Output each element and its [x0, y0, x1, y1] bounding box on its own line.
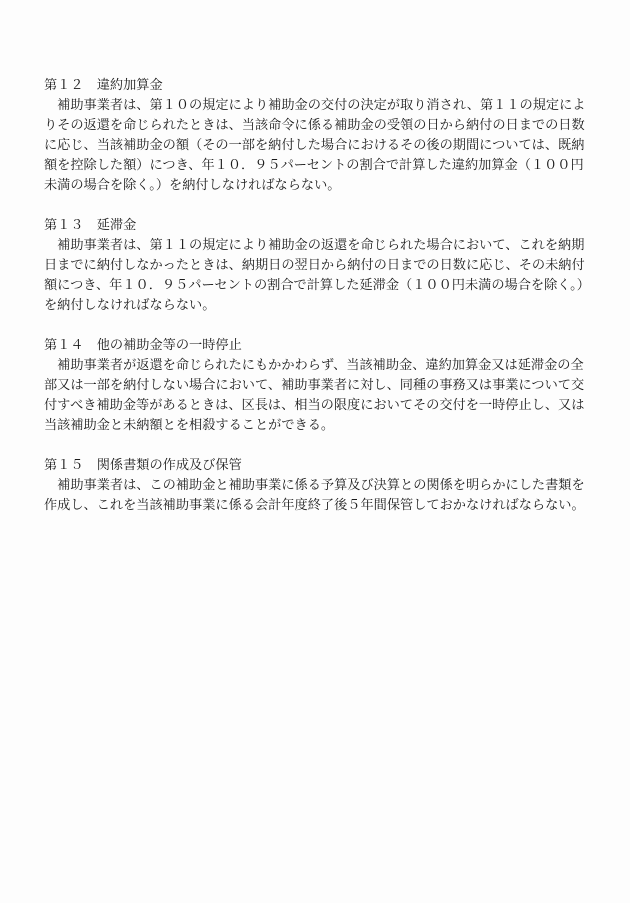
article-13-body-line: 日までに納付しなかったときは、納期日の翌日から納付の日までの日数に応じ、その未納… — [44, 255, 588, 275]
article-12-body-line: 補助事業者は、第１０の規定により補助金の交付の決定が取り消され、第１１の規定によ — [44, 95, 588, 115]
article-13-heading: 第１３ 延滞金 — [44, 215, 588, 235]
article-12-body-line: に応じ、当該補助金の額（その一部を納付した場合におけるその後の期間については、既… — [44, 135, 588, 155]
article-14-body-line: 部又は一部を納付しない場合において、補助事業者に対し、同種の事務又は事業について… — [44, 375, 588, 395]
section-article-12: 第１２ 違約加算金 補助事業者は、第１０の規定により補助金の交付の決定が取り消さ… — [44, 75, 588, 195]
article-12-body-line: りその返還を命じられたときは、当該命令に係る補助金の受領の日から納付の日までの日… — [44, 115, 588, 135]
article-13-body-line: 補助事業者は、第１１の規定により補助金の返還を命じられた場合において、これを納期 — [44, 235, 588, 255]
article-14-body-line: 当該補助金と未納額とを相殺することができる。 — [44, 415, 588, 435]
article-13-body-line: を納付しなければならない。 — [44, 295, 588, 315]
article-15-body-line: 補助事業者は、この補助金と補助事業に係る予算及び決算との関係を明らかにした書類を — [44, 475, 588, 495]
article-13-body-line: 額につき、年１０．９５パーセントの割合で計算した延滞金（１００円未満の場合を除く… — [44, 275, 588, 295]
article-14-body-line: 補助事業者が返還を命じられたにもかかわらず、当該補助金、違約加算金又は延滞金の全 — [44, 355, 588, 375]
article-15-heading: 第１５ 関係書類の作成及び保管 — [44, 455, 588, 475]
article-14-body-line: 付すべき補助金等があるときは、区長は、相当の限度においてその交付を一時停止し、又… — [44, 395, 588, 415]
article-14-heading: 第１４ 他の補助金等の一時停止 — [44, 335, 588, 355]
article-15-body-line: 作成し、これを当該補助事業に係る会計年度終了後５年間保管しておかなければならない… — [44, 495, 588, 515]
document-page: 第１２ 違約加算金 補助事業者は、第１０の規定により補助金の交付の決定が取り消さ… — [0, 0, 630, 903]
section-article-13: 第１３ 延滞金 補助事業者は、第１１の規定により補助金の返還を命じられた場合にお… — [44, 215, 588, 315]
section-article-15: 第１５ 関係書類の作成及び保管 補助事業者は、この補助金と補助事業に係る予算及び… — [44, 455, 588, 515]
article-12-body-line: 額を控除した額）につき、年１０．９５パーセントの割合で計算した違約加算金（１００… — [44, 155, 588, 175]
article-12-body-line: 未満の場合を除く。）を納付しなければならない。 — [44, 175, 588, 195]
article-12-heading: 第１２ 違約加算金 — [44, 75, 588, 95]
section-article-14: 第１４ 他の補助金等の一時停止 補助事業者が返還を命じられたにもかかわらず、当該… — [44, 335, 588, 435]
